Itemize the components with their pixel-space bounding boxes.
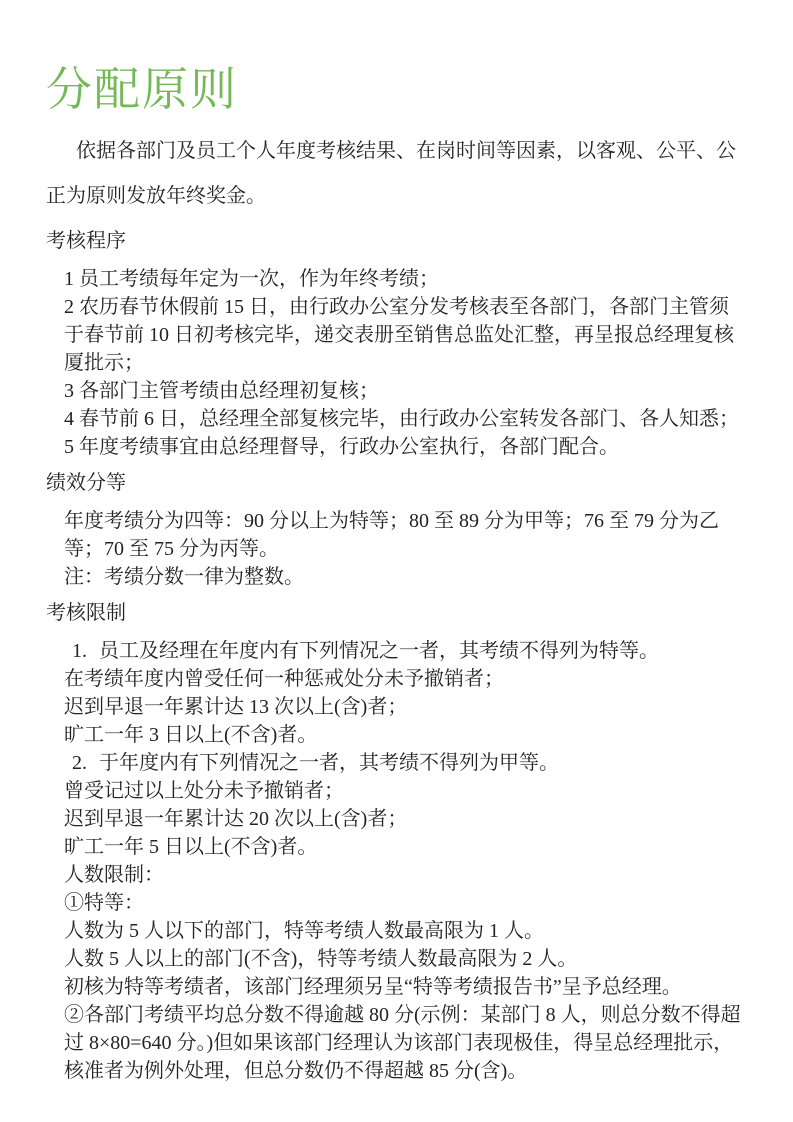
section-limits: 考核限制 1.员工及经理在年度内有下列情况之一者，其考绩不得列为特等。 在考绩年… (46, 599, 747, 1085)
list-item: 人数限制： (64, 861, 747, 889)
list-item-numbered: 2.于年度内有下列情况之一者，其考绩不得列为甲等。 (64, 749, 747, 777)
section-procedure: 考核程序 1 员工考绩每年定为一次，作为年终考绩； 2 农历春节休假前 15 日… (46, 227, 747, 461)
intro-paragraph: 依据各部门及员工个人年度考核结果、在岗时间等因素，以客观、公平、公正为原则发放年… (46, 129, 747, 219)
list-item: 旷工一年 3 日以上(不含)者。 (64, 721, 747, 749)
list-number: 1. (72, 637, 87, 665)
section-heading-procedure: 考核程序 (46, 227, 747, 255)
grading-body-text: 年度考绩分为四等：90 分以上为特等；80 至 89 分为甲等；76 至 79 … (46, 507, 747, 563)
list-item-numbered: 1.员工及经理在年度内有下列情况之一者，其考绩不得列为特等。 (64, 637, 747, 665)
list-item: 迟到早退一年累计达 20 次以上(含)者； (64, 805, 747, 833)
list-item: 5 年度考绩事宜由总经理督导，行政办公室执行，各部门配合。 (64, 433, 747, 461)
list-item: 初核为特等考绩者，该部门经理须另呈“特等考绩报告书”呈予总经理。 (64, 973, 747, 1001)
list-item: 3 各部门主管考绩由总经理初复核； (64, 377, 747, 405)
list-item: 人数为 5 人以下的部门，特等考绩人数最高限为 1 人。 (64, 917, 747, 945)
list-item: 2 农历春节休假前 15 日，由行政办公室分发考核表至各部门，各部门主管须于春节… (64, 293, 747, 377)
document-content: 分配原则 依据各部门及员工个人年度考核结果、在岗时间等因素，以客观、公平、公正为… (0, 0, 793, 1085)
list-item: 4 春节前 6 日，总经理全部复核完毕，由行政办公室转发各部门、各人知悉； (64, 405, 747, 433)
page-title: 分配原则 (46, 62, 747, 117)
document-page: 分配原则 依据各部门及员工个人年度考核结果、在岗时间等因素，以客观、公平、公正为… (0, 0, 793, 1122)
section-heading-limits: 考核限制 (46, 599, 747, 627)
list-item-text: 员工及经理在年度内有下列情况之一者，其考绩不得列为特等。 (99, 640, 659, 662)
list-item: 曾受记过以上处分未予撤销者； (64, 777, 747, 805)
list-item: ②各部门考绩平均总分数不得逾越 80 分(示例：某部门 8 人，则总分数不得超过… (64, 1001, 747, 1085)
list-item: 1 员工考绩每年定为一次，作为年终考绩； (64, 265, 747, 293)
grading-note: 注：考绩分数一律为整数。 (46, 563, 747, 591)
list-item-text: 于年度内有下列情况之一者，其考绩不得列为甲等。 (99, 752, 559, 774)
list-item: ①特等： (64, 889, 747, 917)
limits-list: 1.员工及经理在年度内有下列情况之一者，其考绩不得列为特等。 在考绩年度内曾受任… (46, 637, 747, 1085)
section-heading-grading: 绩效分等 (46, 469, 747, 497)
section-grading: 绩效分等 年度考绩分为四等：90 分以上为特等；80 至 89 分为甲等；76 … (46, 469, 747, 591)
list-item: 迟到早退一年累计达 13 次以上(含)者； (64, 693, 747, 721)
list-number: 2. (72, 749, 87, 777)
list-item: 人数 5 人以上的部门(不含)，特等考绩人数最高限为 2 人。 (64, 945, 747, 973)
procedure-list: 1 员工考绩每年定为一次，作为年终考绩； 2 农历春节休假前 15 日，由行政办… (46, 265, 747, 461)
list-item: 在考绩年度内曾受任何一种惩戒处分未予撤销者； (64, 665, 747, 693)
list-item: 旷工一年 5 日以上(不含)者。 (64, 833, 747, 861)
grading-block: 年度考绩分为四等：90 分以上为特等；80 至 89 分为甲等；76 至 79 … (46, 507, 747, 591)
